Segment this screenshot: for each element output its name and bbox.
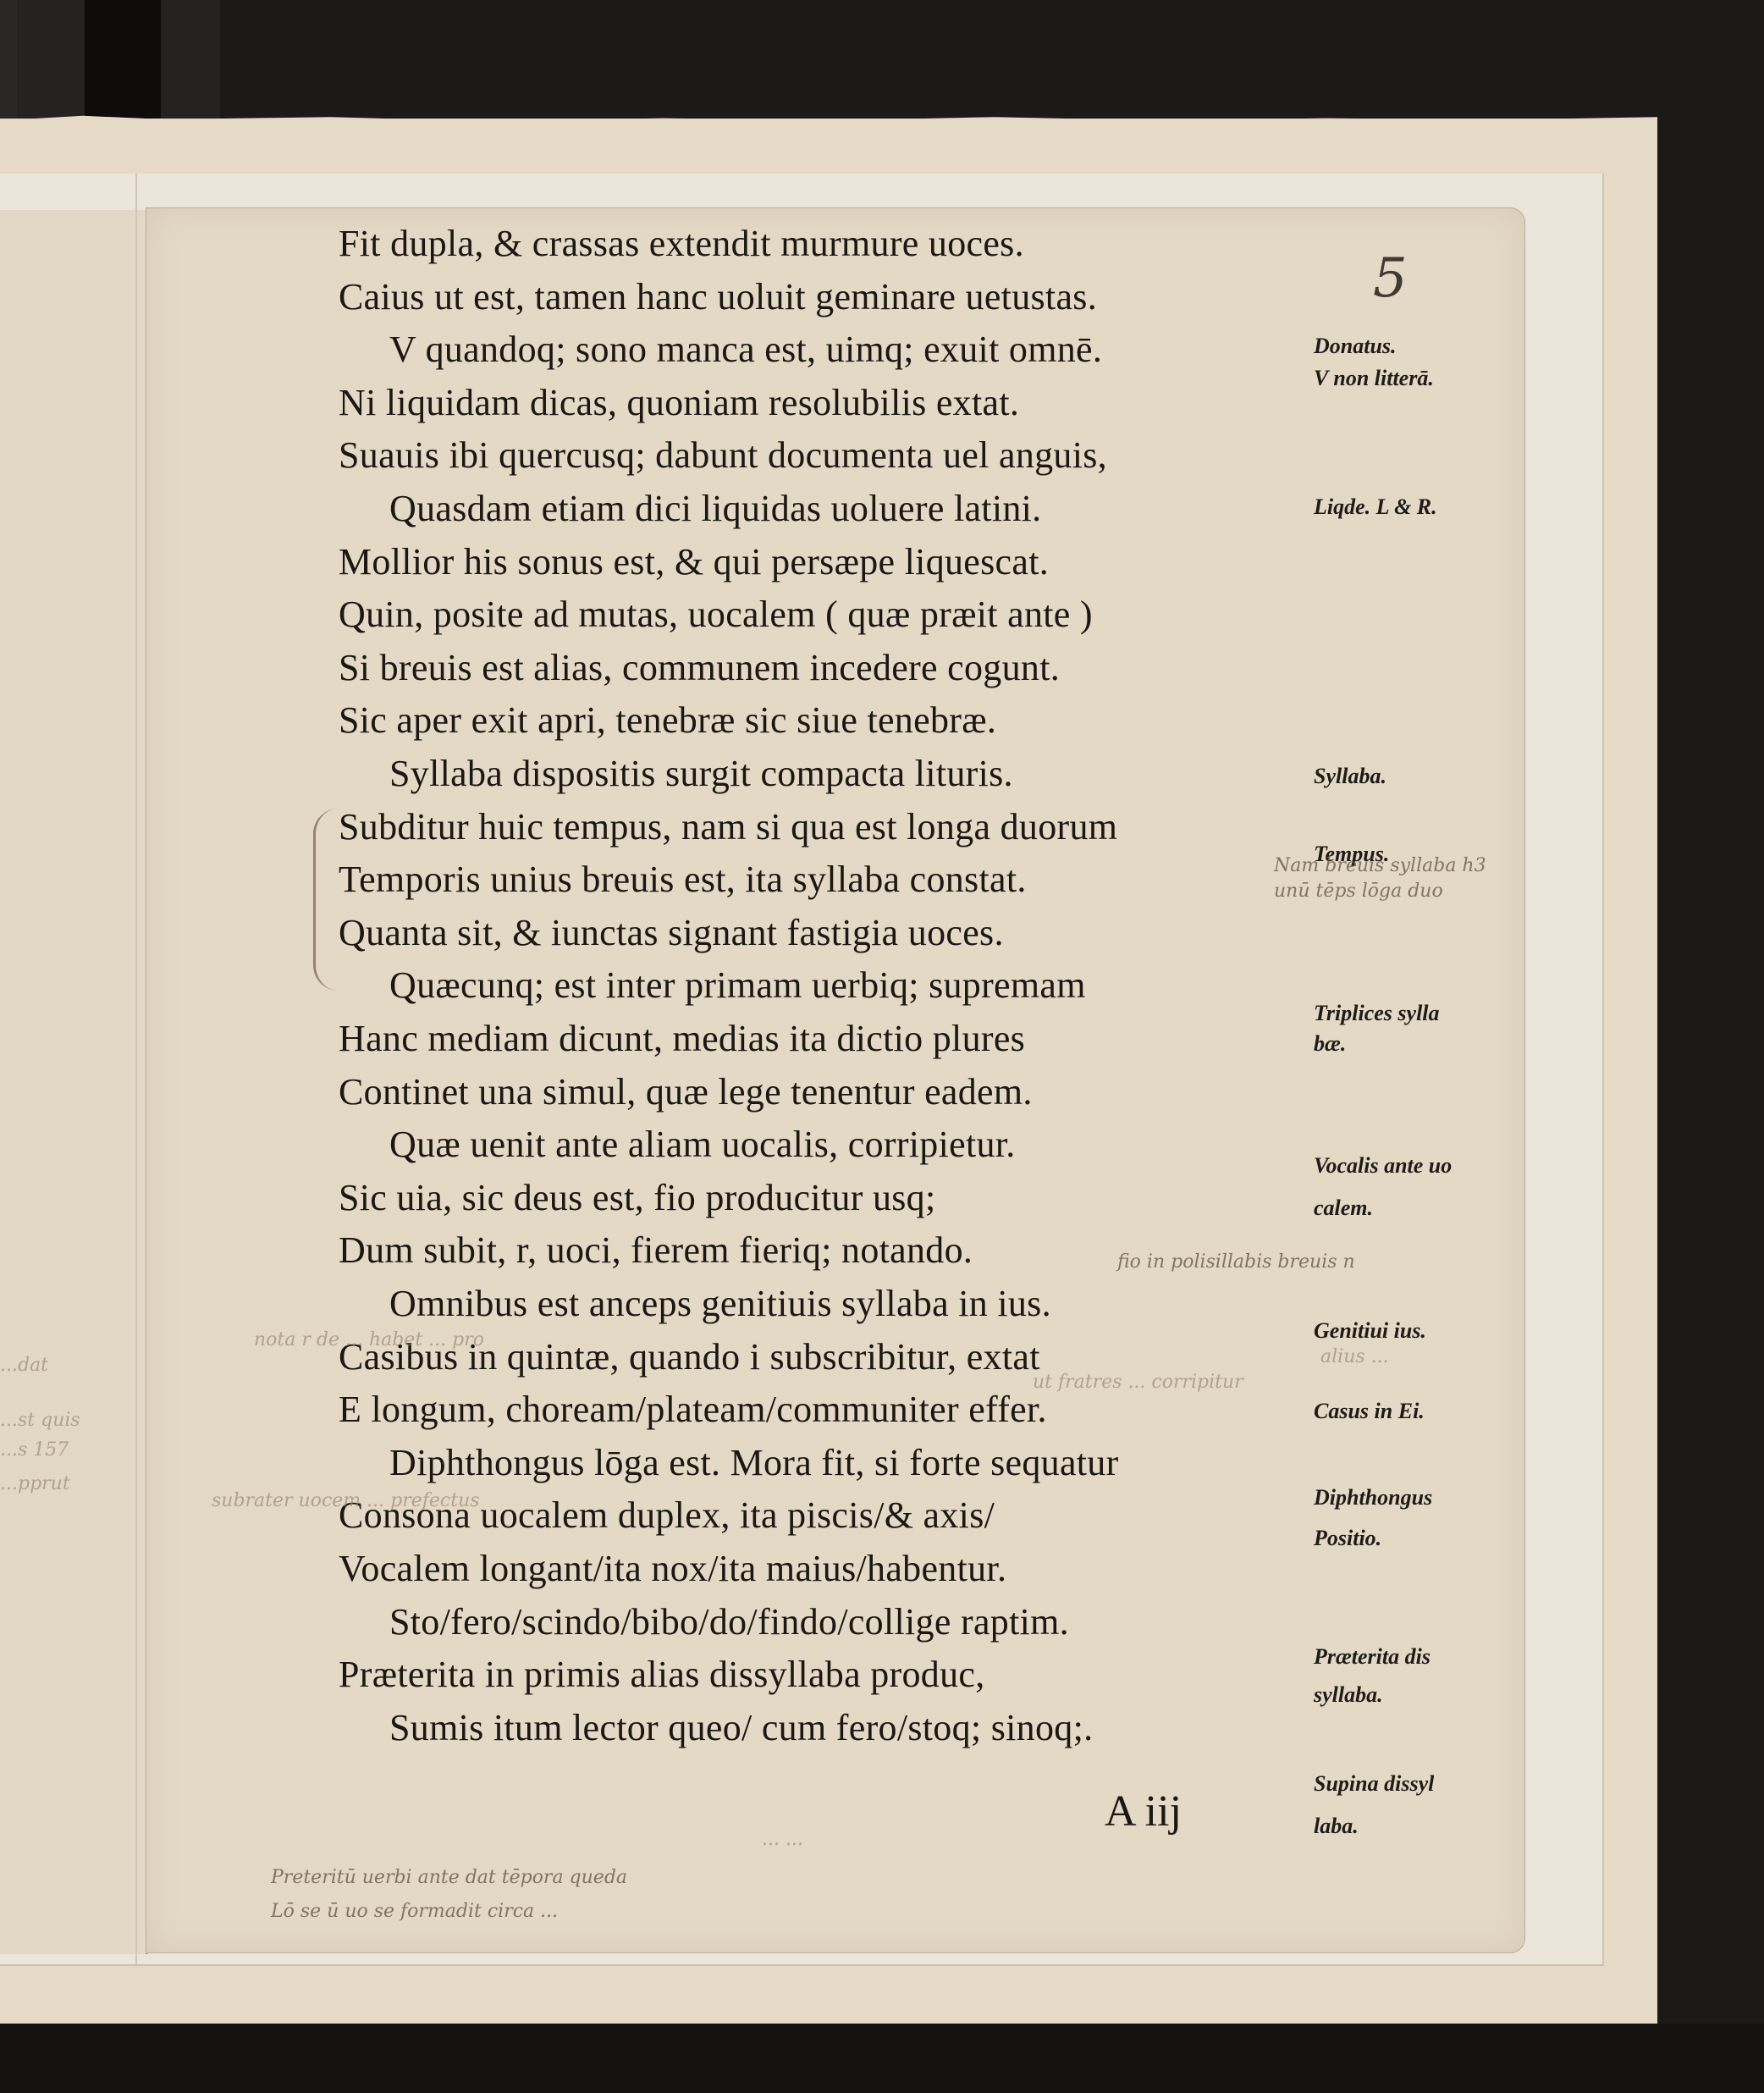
handwritten-note: ...dat: [0, 1355, 48, 1376]
verse-line: Dum subit, r, uoci, fierem fieriq; notan…: [339, 1229, 973, 1272]
marginal-gloss: Præterita dis: [1314, 1643, 1430, 1671]
verse-line: Mollior his sonus est, & qui persæpe liq…: [339, 540, 1049, 583]
handwritten-note: fio in polisillabis breuis n: [1117, 1251, 1355, 1273]
marginal-gloss: Syllaba.: [1314, 762, 1386, 791]
background-dark-strip: [0, 0, 220, 135]
verse-line: Quasdam etiam dici liquidas uoluere lati…: [389, 487, 1041, 530]
handwritten-note: ut fratres ... corripitur: [1033, 1372, 1243, 1393]
background-bottom: [0, 2024, 1764, 2093]
handwritten-note: ...s 157: [0, 1439, 69, 1461]
spine-gutter: [135, 174, 137, 1964]
handwritten-note: alius ...: [1320, 1346, 1389, 1367]
verse-line: Caius ut est, tamen hanc uoluit geminare…: [339, 275, 1097, 318]
verse-line: Subditur huic tempus, nam si qua est lon…: [339, 805, 1117, 848]
handwritten-note: Nam breuis syllaba h3: [1274, 855, 1486, 876]
verse-line: Sic uia, sic deus est, fio producitur us…: [339, 1176, 936, 1219]
handwritten-note: Preteritū uerbi ante dat tēpora queda: [271, 1867, 627, 1888]
verse-line: Quæcunq; est inter primam uerbiq; suprem…: [389, 964, 1086, 1007]
verse-line: Sto/fero/scindo/bibo/do/findo/collige ra…: [389, 1600, 1069, 1643]
marginal-gloss: calem.: [1314, 1194, 1373, 1223]
marginal-gloss: V non litterā.: [1314, 364, 1434, 393]
handwritten-note: ... ...: [762, 1829, 803, 1850]
verse-line: Ni liquidam dicas, quoniam resolubilis e…: [339, 381, 1019, 424]
marginal-gloss: Vocalis ante uo: [1314, 1151, 1452, 1180]
marginal-gloss: Supina dissyl: [1314, 1770, 1434, 1798]
marginal-gloss: bæ.: [1314, 1030, 1346, 1058]
marginal-gloss: syllaba.: [1314, 1681, 1383, 1709]
marginal-gloss: Genitiui ius.: [1314, 1317, 1426, 1345]
verse-line: Diphthongus lōga est. Mora fit, si forte…: [389, 1441, 1119, 1484]
marginal-gloss: Donatus.: [1314, 332, 1397, 361]
verse-line: Temporis unius breuis est, ita syllaba c…: [339, 858, 1027, 901]
marginal-gloss: Positio.: [1314, 1524, 1381, 1553]
verse-line: Sic aper exit apri, tenebræ sic siue ten…: [339, 699, 996, 742]
verse-line: Fit dupla, & crassas extendit murmure uo…: [339, 222, 1024, 265]
verse-line: Suauis ibi quercusq; dabunt documenta ue…: [339, 434, 1107, 477]
verse-line: Hanc mediam dicunt, medias ita dictio pl…: [339, 1017, 1025, 1060]
handwritten-note: ...pprut: [0, 1473, 70, 1494]
handwritten-note: ...st quis: [0, 1410, 80, 1431]
marginal-gloss: laba.: [1314, 1812, 1359, 1841]
verse-line: Quæ uenit ante aliam uocalis, corripietu…: [389, 1123, 1016, 1166]
verse-line: Quin, posite ad mutas, uocalem ( quæ præ…: [339, 593, 1093, 636]
verse-line: Si breuis est alias, communem incedere c…: [339, 646, 1060, 689]
marginal-gloss: Triplices sylla: [1314, 999, 1440, 1028]
handwritten-note: nota r de ... habet ... pro: [254, 1329, 484, 1350]
signature-mark: A iij: [1105, 1787, 1182, 1836]
verse-line: Syllaba dispositis surgit compacta litur…: [389, 752, 1013, 795]
verse-line: E longum, choream/plateam/communiter eff…: [339, 1388, 1047, 1431]
verse-line: Sumis itum lector queo/ cum fero/stoq; s…: [389, 1706, 1093, 1749]
marginal-gloss: Diphthongus: [1314, 1483, 1432, 1512]
verse-line: Quanta sit, & iunctas signant fastigia u…: [339, 911, 1004, 954]
manuscript-bracket-mark: [313, 809, 341, 991]
marginal-gloss: Casus in Ei.: [1314, 1397, 1425, 1426]
verse-line: Præterita in primis alias dissyllaba pro…: [339, 1653, 985, 1696]
verse-line: Omnibus est anceps genitiuis syllaba in …: [389, 1282, 1051, 1325]
page-number: 5: [1373, 247, 1408, 310]
handwritten-note: Lō se ū uo se formadit circa ...: [271, 1901, 558, 1922]
verse-line: Continet una simul, quæ lege tenentur ea…: [339, 1070, 1033, 1113]
marginal-gloss: Liqde. L & R.: [1314, 493, 1437, 522]
handwritten-note: subrater uocem ... prefectus: [212, 1490, 480, 1511]
verse-line: V quandoq; sono manca est, uimq; exuit o…: [389, 328, 1102, 371]
handwritten-note: unū tēps lōga duo: [1274, 881, 1443, 902]
verse-line: Vocalem longant/ita nox/ita maius/habent…: [339, 1547, 1006, 1590]
facing-leaf: [0, 210, 148, 1954]
